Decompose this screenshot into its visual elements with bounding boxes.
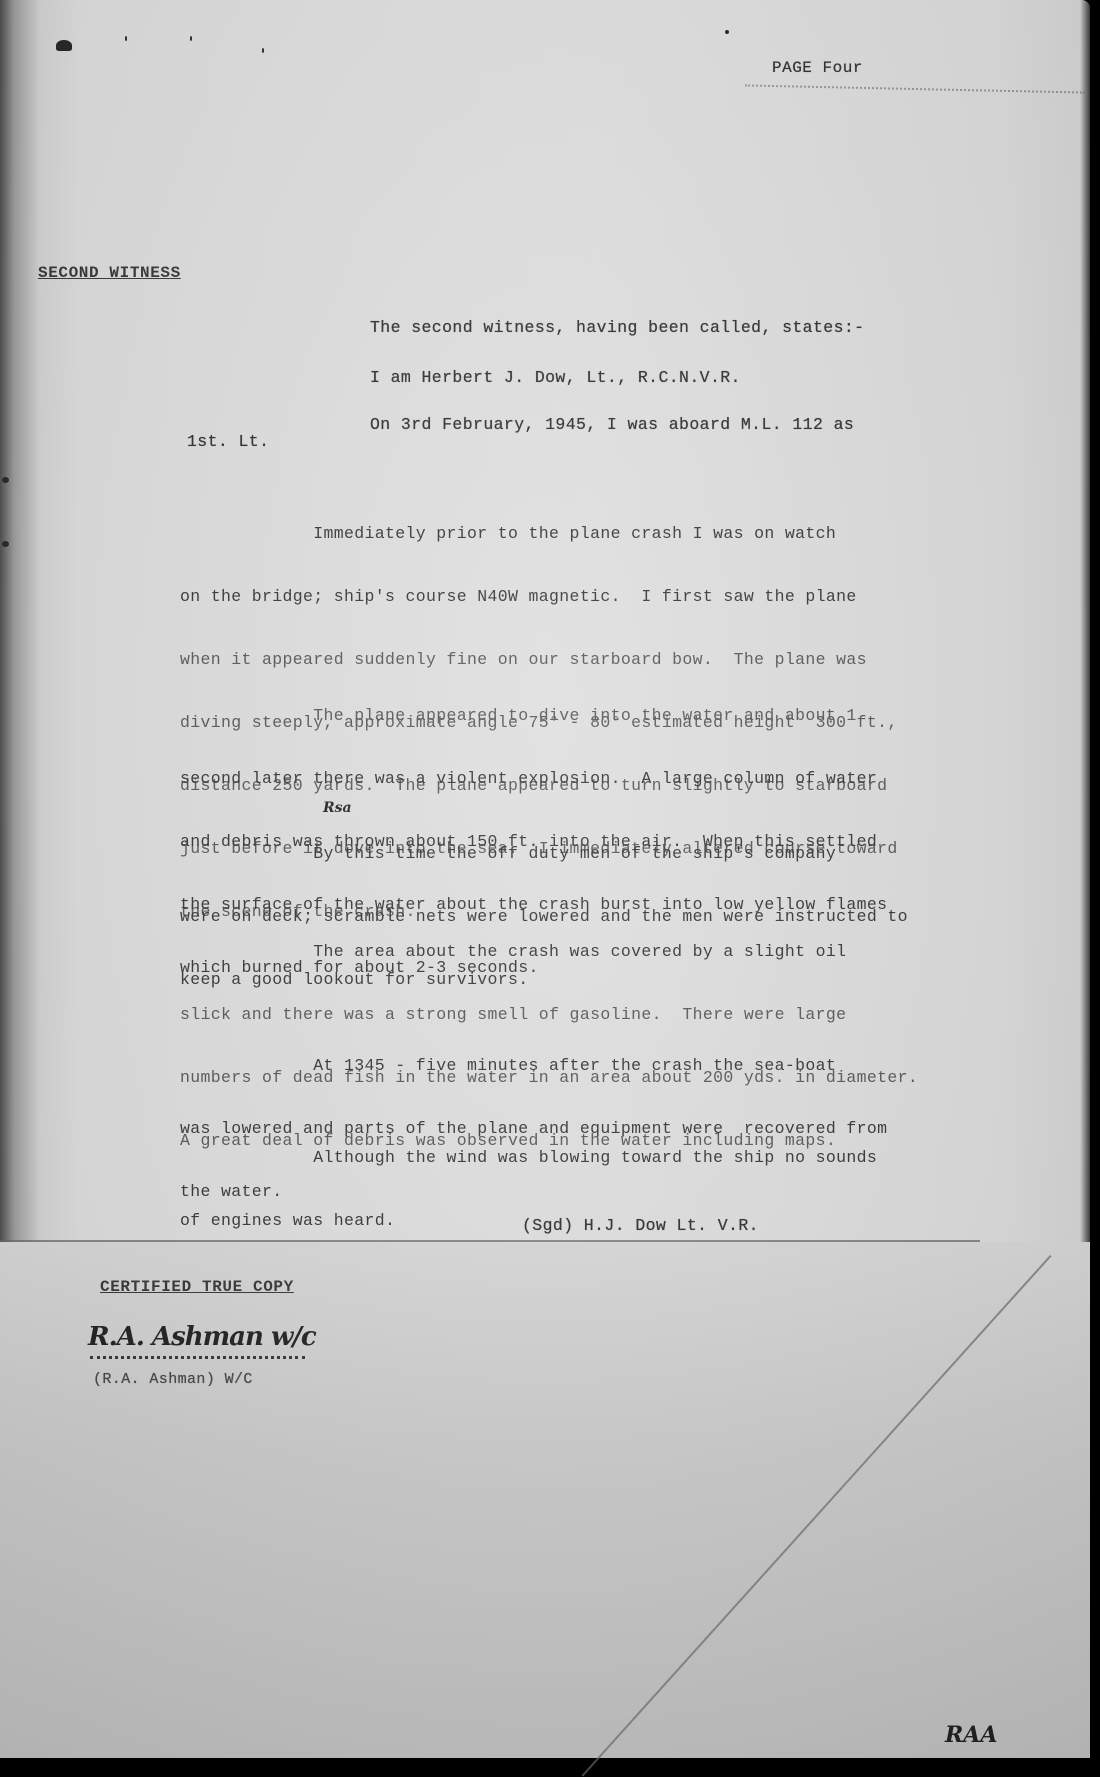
- paragraph-line: second later there was a violent explosi…: [180, 768, 1000, 789]
- paragraph-line: The plane appeared to dive into the wate…: [180, 705, 1000, 726]
- ink-speck: [262, 48, 264, 53]
- paragraph-line: Immediately prior to the plane crash I w…: [180, 523, 1000, 544]
- certifier-typed-name: (R.A. Ashman) W/C: [93, 1368, 253, 1391]
- ink-speck: [125, 36, 127, 41]
- ink-blot: [56, 40, 72, 51]
- diagonal-crease: [582, 1255, 1052, 1758]
- header-dotted-rule: [745, 84, 1085, 95]
- paragraph-line: Although the wind was blowing toward the…: [180, 1147, 1000, 1168]
- paragraph-line: By this time the off duty men of the shi…: [180, 843, 1000, 864]
- corner-initials: RAA: [945, 1722, 997, 1748]
- ink-speck: [2, 477, 9, 483]
- paragraph-line: on the bridge; ship's course N40W magnet…: [180, 586, 1000, 607]
- paragraph-line: The area about the crash was covered by …: [180, 941, 1000, 962]
- intro-line-date: On 3rd February, 1945, I was aboard M.L.…: [370, 413, 854, 436]
- intro-line-called: The second witness, having been called, …: [370, 316, 864, 339]
- lower-sheet: [0, 1242, 1090, 1758]
- witness-signature: (Sgd) H.J. Dow Lt. V.R.: [522, 1214, 759, 1237]
- paragraph-line: At 1345 - five minutes after the crash t…: [180, 1055, 1000, 1076]
- page-number-label: PAGE Four: [772, 57, 863, 80]
- intro-line-identity: I am Herbert J. Dow, Lt., R.C.N.V.R.: [370, 366, 741, 389]
- section-heading: SECOND WITNESS: [38, 264, 181, 282]
- certified-true-copy-heading: CERTIFIED TRUE COPY: [100, 1278, 294, 1296]
- ink-speck: [2, 541, 9, 547]
- ink-speck: [190, 36, 192, 41]
- intro-line-rank: 1st. Lt.: [187, 430, 269, 453]
- document-page: PAGE Four SECOND WITNESS The second witn…: [0, 0, 1090, 1758]
- ink-speck: [725, 30, 729, 34]
- signature-dotted-line: [90, 1356, 305, 1359]
- certifier-handwritten-signature: R.A. Ashman w/c: [88, 1322, 316, 1352]
